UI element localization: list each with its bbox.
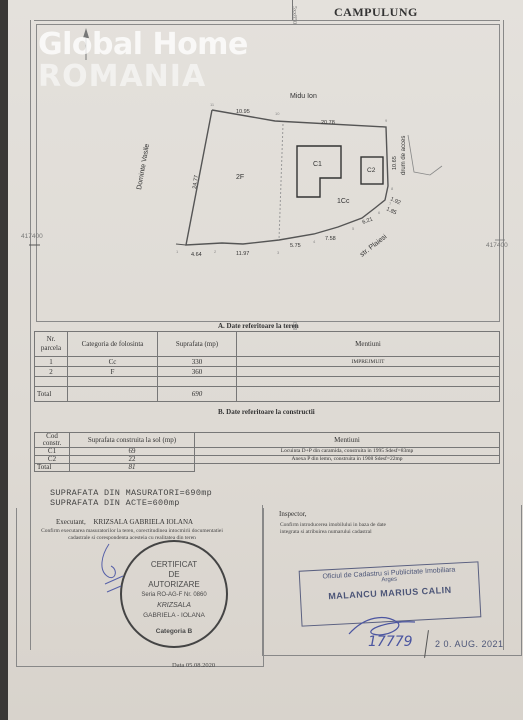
svg-text:5: 5 [352,226,355,231]
col-suprafata: Suprafata (mp) [158,332,237,357]
svg-text:9: 9 [385,118,388,123]
svg-text:10.95: 10.95 [236,109,250,115]
west-neighbor: Dominte Vasile [136,143,151,190]
col-cod: Cod constr. [35,433,70,448]
inspector-label: Inspector, [279,510,307,518]
svg-text:10.65: 10.65 [392,156,398,170]
svg-text:10: 10 [275,111,280,116]
svg-text:8: 8 [391,186,394,191]
parcel-1-label: 1Cc [337,198,350,205]
date-stamp: 2 0. AUG. 2021 [435,639,504,649]
watermark: Global Home ROMANIA [38,30,248,92]
section-a-title: A. Date referitoare la teren [218,322,299,330]
parcel-boundary [186,110,388,245]
col-suprafata-sol: Suprafata construita la sol (mp) [70,433,195,448]
svg-text:7.58: 7.58 [325,236,336,242]
svg-text:2: 2 [214,249,217,254]
deeds-area: SUPRAFATA DIN ACTE=600mp [50,498,180,508]
svg-text:5.75: 5.75 [290,243,301,249]
total-row: Total 81 [35,464,500,472]
svg-text:1.85: 1.85 [385,206,397,216]
svg-text:6.21: 6.21 [362,217,374,226]
watermark-line2: ROMANIA [38,62,248,92]
executant-name: KRIZSALA GABRIELA IOLANA [94,518,194,526]
table-row [35,377,500,387]
svg-text:11: 11 [210,102,215,107]
executant-date: Data 05.08.2020 [172,662,215,669]
svg-text:24.77: 24.77 [192,175,200,189]
table-row: C2 22 Anexa P din lemn, construita in 19… [35,456,500,464]
construction-table: Cod constr. Suprafata construita la sol … [34,432,500,472]
land-table: Nr. parcela Categoria de folosinta Supra… [34,331,500,402]
authorization-stamp: CERTIFICAT DE AUTORIZARE Seria RO-AG-F N… [120,540,228,648]
north-neighbor: Midu Ion [290,93,317,100]
executant-label: Executant, [56,518,86,526]
table-row: 2 F 360 [35,367,500,377]
col-nr: Nr. parcela [35,332,68,357]
col-categoria: Categoria de folosinta [68,332,158,357]
c1-label: C1 [313,161,322,168]
watermark-line1: Global Home [38,30,248,60]
svg-text:4: 4 [313,239,316,244]
executant-line: Executant, KRIZSALA GABRIELA IOLANA [56,518,193,526]
svg-text:3: 3 [277,250,280,255]
table-row: 1 Cc 330 IMPREJMUIT [35,357,500,367]
section-b-title: B. Date referitoare la constructii [218,408,315,416]
right-coordinate: 417400 [486,242,508,249]
c2-label: C2 [367,167,376,174]
col-mentiuni: Mentiuni [237,332,500,357]
svg-text:4.64: 4.64 [191,252,202,258]
parcel-division [279,124,283,240]
left-coordinate: 417400 [21,233,43,240]
table-row: C1 69 Locuinta D+P din caramida, constru… [35,448,500,456]
svg-text:11.97: 11.97 [236,251,249,257]
svg-text:6: 6 [378,210,381,215]
east-label: drum de acces [401,136,407,175]
registration-number: 17779 [368,634,413,650]
measured-area: SUPRAFATA DIN MASURATORI=690mp [50,488,212,498]
building-c1 [297,146,341,197]
svg-text:20.78: 20.78 [321,120,335,126]
col-mentiuni-b: Mentiuni [195,433,500,448]
parcel-2-label: 2F [236,174,244,181]
svg-text:1: 1 [176,249,179,254]
south-street: str. Plaiesi [359,233,389,258]
executant-signature [95,540,135,610]
total-row: Total 690 [35,387,500,402]
inspector-confirmation: Confirm introducerea imobilului in baza … [280,522,400,536]
